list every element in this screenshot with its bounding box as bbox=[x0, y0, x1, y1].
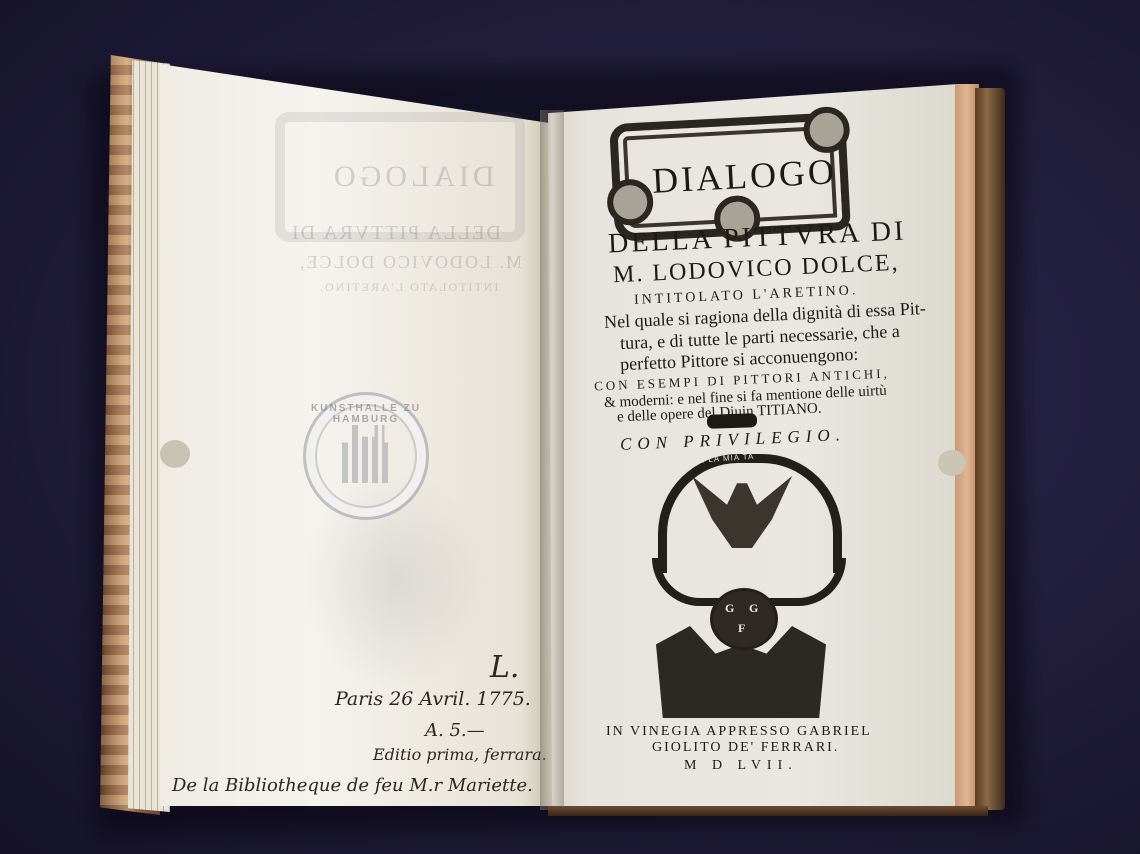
imprint-date: M D LVII. bbox=[684, 758, 798, 774]
fleuron-ornament-icon bbox=[707, 413, 757, 429]
globe-monogram: G G F bbox=[710, 588, 778, 650]
monogram-letter: G bbox=[725, 601, 734, 616]
show-through-line: DELLA PITTVRA DI bbox=[290, 222, 501, 245]
bottom-cover-edge bbox=[548, 806, 988, 816]
stamp-text: KUNSTHALLE ZU HAMBURG bbox=[306, 403, 426, 425]
imprint-line: GIOLITO DE' FERRARI. bbox=[652, 740, 839, 756]
handwritten-price: A. 5.— bbox=[425, 720, 485, 741]
show-through-line: INTITOLATO L'ARETINO. bbox=[318, 280, 498, 295]
library-stamp: KUNSTHALLE ZU HAMBURG bbox=[303, 392, 429, 520]
show-through-line: M. LODOVICO DOLCE, bbox=[298, 252, 522, 273]
show-through-title: DIALOGO bbox=[330, 160, 495, 194]
right-cover bbox=[975, 88, 1005, 810]
monogram-letter: G bbox=[749, 601, 758, 616]
photo-scene: DIALOGO DELLA PITTVRA DI M. LODOVICO DOL… bbox=[0, 0, 1140, 854]
imprint-line: IN VINEGIA APPRESSO GABRIEL bbox=[606, 724, 872, 740]
printers-mark-phoenix: DE LA MIA TA G G F bbox=[652, 448, 830, 720]
castle-icon bbox=[342, 425, 392, 483]
handwritten-edition-note: Editio prima, ferrara. bbox=[373, 745, 547, 764]
handwritten-monogram: L. bbox=[490, 650, 519, 685]
handwritten-place-date: Paris 26 Avril. 1775. bbox=[335, 688, 531, 710]
page-tab bbox=[938, 450, 966, 476]
handwritten-provenance: De la Bibliotheque de feu M.r Mariette. bbox=[172, 775, 533, 796]
book-gutter bbox=[540, 110, 564, 810]
monogram-letter: F bbox=[738, 621, 745, 636]
page-tab bbox=[160, 440, 190, 468]
